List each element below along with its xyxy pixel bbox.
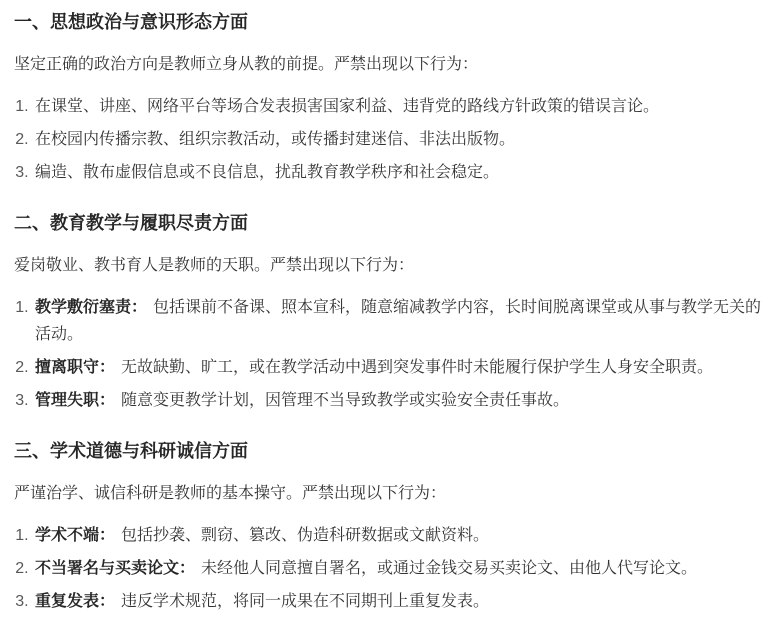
rule-text: 在课堂、讲座、网络平台等场合发表损害国家利益、违背党的路线方针政策的错误言论。 xyxy=(35,98,659,115)
section-heading: 二、教育教学与履职尽责方面 xyxy=(14,210,768,237)
rule-text: 未经他人同意擅自署名，或通过金钱交易买卖论文、由他人代写论文。 xyxy=(201,560,697,577)
section-intro: 坚定正确的政治方向是教师立身从教的前提。严禁出现以下行为： xyxy=(14,51,768,78)
rule-text: 随意变更教学计划，因管理不当导致教学或实验安全责任事故。 xyxy=(121,392,569,409)
rule-item: 编造、散布虚假信息或不良信息，扰乱教育教学秩序和社会稳定。 xyxy=(33,159,768,186)
rule-list: 教学敷衍塞责：包括课前不备课、照本宣科，随意缩减教学内容，长时间脱离课堂或从事与… xyxy=(14,294,768,414)
rule-item: 重复发表：违反学术规范，将同一成果在不同期刊上重复发表。 xyxy=(33,588,768,615)
rule-text: 包括抄袭、剽窃、篡改、伪造科研数据或文献资料。 xyxy=(121,527,489,544)
section-heading: 一、思想政治与意识形态方面 xyxy=(14,9,768,36)
rule-item: 在课堂、讲座、网络平台等场合发表损害国家利益、违背党的路线方针政策的错误言论。 xyxy=(33,93,768,120)
rule-item: 擅离职守：无故缺勤、旷工，或在教学活动中遇到突发事件时未能履行保护学生人身安全职… xyxy=(33,354,768,381)
section-academic: 三、学术道德与科研诚信方面 严谨治学、诚信科研是教师的基本操守。严禁出现以下行为… xyxy=(14,438,768,615)
rule-label: 重复发表： xyxy=(35,593,115,610)
rule-label: 不当署名与买卖论文： xyxy=(35,560,195,577)
rule-item: 学术不端：包括抄袭、剽窃、篡改、伪造科研数据或文献资料。 xyxy=(33,522,768,549)
section-intro: 爱岗敬业、教书育人是教师的天职。严禁出现以下行为： xyxy=(14,252,768,279)
rule-label: 教学敷衍塞责： xyxy=(35,299,147,316)
rule-list: 学术不端：包括抄袭、剽窃、篡改、伪造科研数据或文献资料。 不当署名与买卖论文：未… xyxy=(14,522,768,615)
section-ideology: 一、思想政治与意识形态方面 坚定正确的政治方向是教师立身从教的前提。严禁出现以下… xyxy=(14,9,768,186)
document: 一、思想政治与意识形态方面 坚定正确的政治方向是教师立身从教的前提。严禁出现以下… xyxy=(0,0,784,624)
rule-item: 不当署名与买卖论文：未经他人同意擅自署名，或通过金钱交易买卖论文、由他人代写论文… xyxy=(33,555,768,582)
rule-item: 教学敷衍塞责：包括课前不备课、照本宣科，随意缩减教学内容，长时间脱离课堂或从事与… xyxy=(33,294,768,348)
rule-label: 学术不端： xyxy=(35,527,115,544)
rule-item: 在校园内传播宗教、组织宗教活动，或传播封建迷信、非法出版物。 xyxy=(33,126,768,153)
rule-label: 擅离职守： xyxy=(35,359,115,376)
rule-item: 管理失职：随意变更教学计划，因管理不当导致教学或实验安全责任事故。 xyxy=(33,387,768,414)
section-teaching: 二、教育教学与履职尽责方面 爱岗敬业、教书育人是教师的天职。严禁出现以下行为： … xyxy=(14,210,768,414)
rule-label: 管理失职： xyxy=(35,392,115,409)
rule-text: 违反学术规范，将同一成果在不同期刊上重复发表。 xyxy=(121,593,489,610)
rule-text: 无故缺勤、旷工，或在教学活动中遇到突发事件时未能履行保护学生人身安全职责。 xyxy=(121,359,713,376)
rule-text: 编造、散布虚假信息或不良信息，扰乱教育教学秩序和社会稳定。 xyxy=(35,164,499,181)
section-heading: 三、学术道德与科研诚信方面 xyxy=(14,438,768,465)
rule-text: 在校园内传播宗教、组织宗教活动，或传播封建迷信、非法出版物。 xyxy=(35,131,515,148)
section-intro: 严谨治学、诚信科研是教师的基本操守。严禁出现以下行为： xyxy=(14,480,768,507)
rule-list: 在课堂、讲座、网络平台等场合发表损害国家利益、违背党的路线方针政策的错误言论。 … xyxy=(14,93,768,186)
